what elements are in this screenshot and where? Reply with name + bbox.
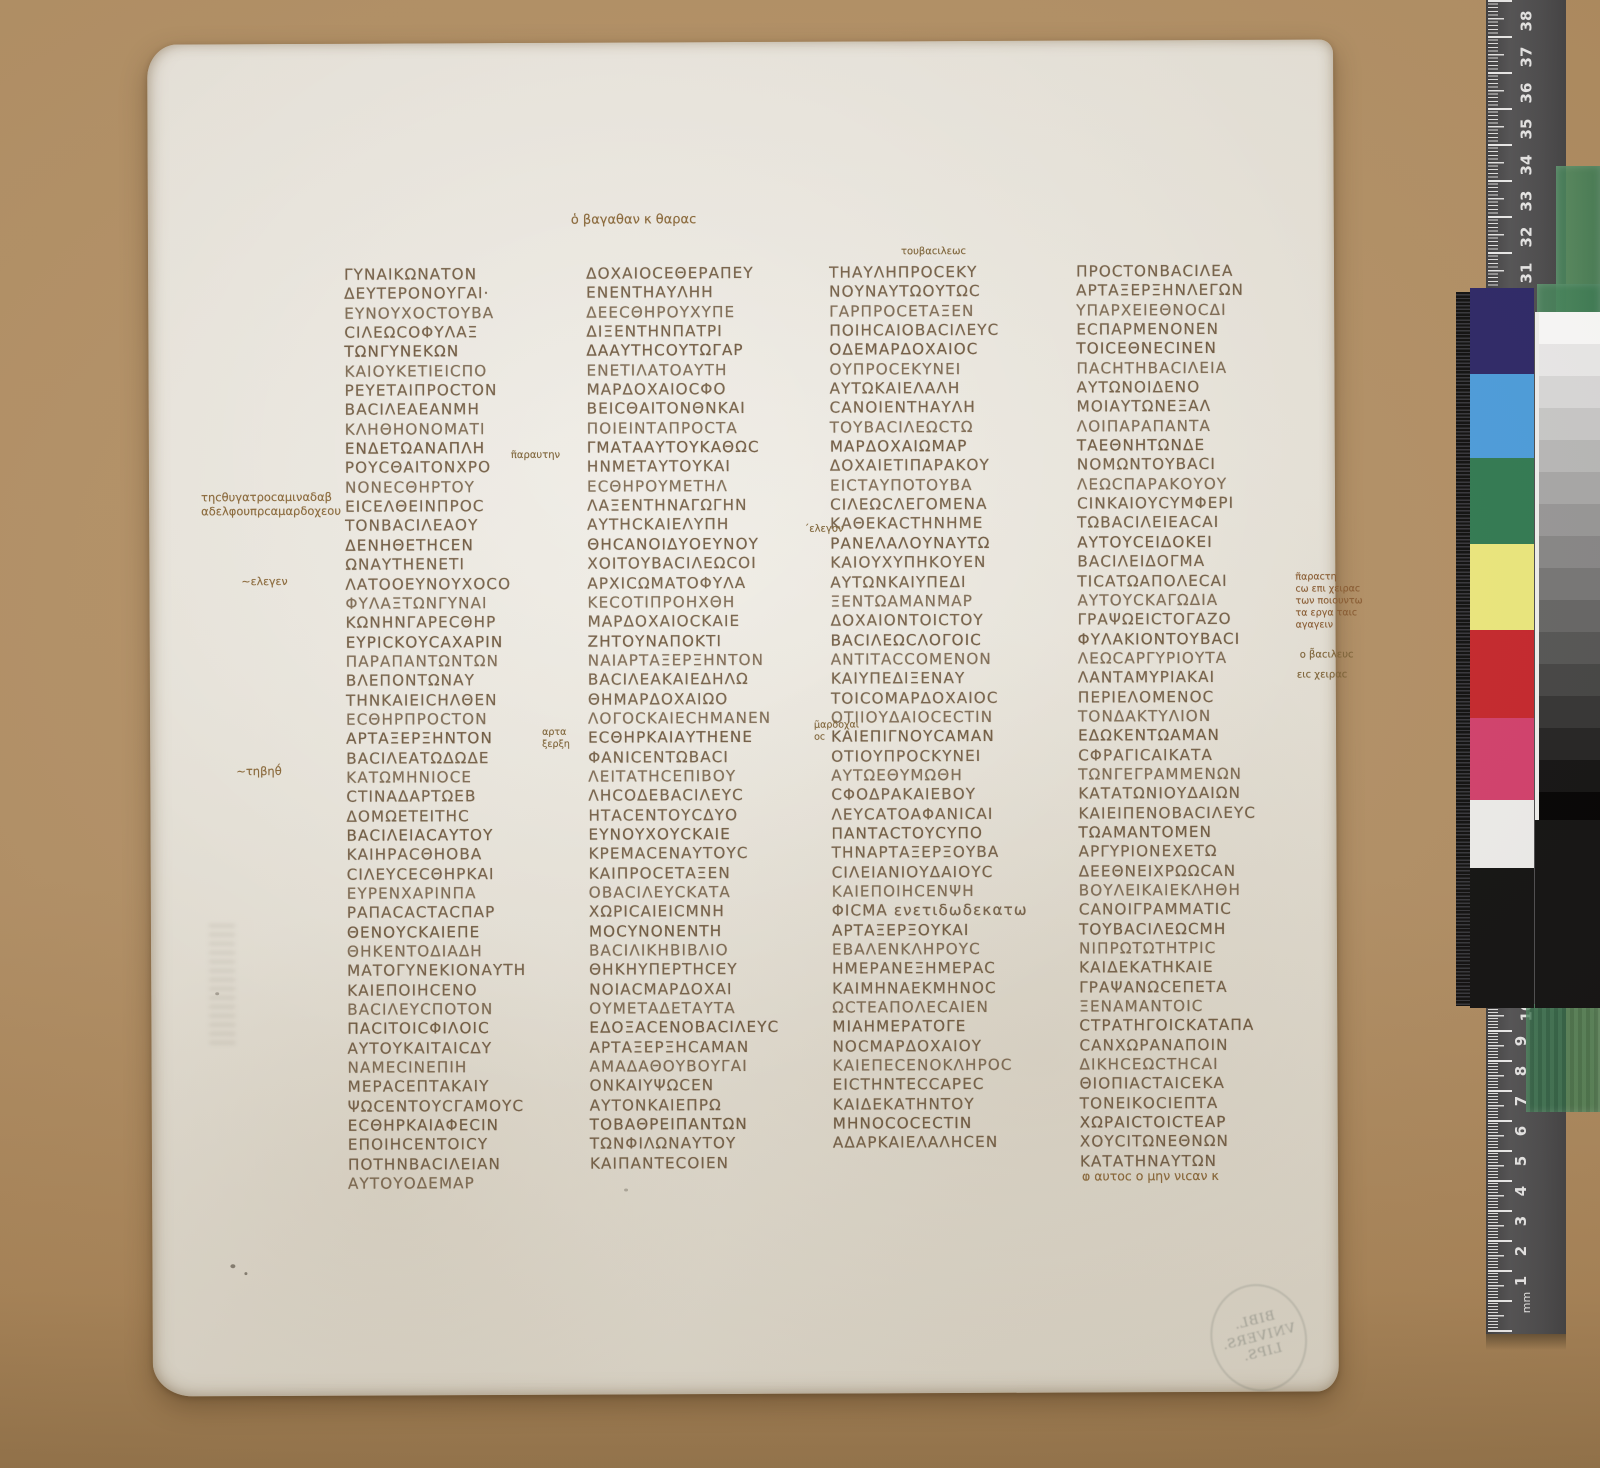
color-patch-light-blue <box>1470 374 1534 458</box>
manuscript-line: ΠΑΝΤΑϹΤΟΥϹΥΠΟ <box>831 824 1063 844</box>
manuscript-line: ΟΥΜΕΤΑΔΕΤΑΥΤΑ <box>589 999 821 1019</box>
manuscript-line: ϹΑΝΧΩΡΑΝΑΠΟΙΝ <box>1079 1035 1311 1055</box>
manuscript-line: ΧΟΥϹΙΤΩΝΕΘΝΩΝ <box>1080 1132 1312 1152</box>
manuscript-line: ΠΟΙΗϹΑΙΟΒΑϹΙΛΕΥϹ <box>829 321 1061 341</box>
color-patch-red <box>1470 630 1534 718</box>
manuscript-line: ΛΑΝΤΑΜΥΡΙΑΚΑΙ <box>1078 668 1310 688</box>
manuscript-line: ΓΡΑΨΩΕΙϹΤΟΓΑΖΟ <box>1078 610 1310 630</box>
ink-speck <box>244 1272 247 1275</box>
manuscript-line: ΛΕΩϹΠΑΡΑΚΟΥΟΥ <box>1077 474 1309 494</box>
intercolumn-note-elegon: ´ελεγον <box>804 524 843 537</box>
manuscript-line: ΛΕΥϹΑΤΟΑΦΑΝΙϹΑΙ <box>831 804 1063 824</box>
faint-ink-offset <box>209 924 236 1044</box>
manuscript-line: ΑΥΤΩΝΚΑΙΥΠΕΔΙ <box>830 572 1062 592</box>
manuscript-line: ΜΗΝΟϹΟϹΕϹΤΙΝ <box>833 1114 1065 1134</box>
manuscript-line: ΟΝΚΑΙΥΨΩϹΕΝ <box>590 1076 822 1096</box>
manuscript-line: ΓΥΝΑΙΚΩΝΑΤΟΝ <box>344 265 576 285</box>
ruler-number: 3 <box>1512 1216 1530 1226</box>
manuscript-line: ΤΗΝΚΑΙΕΙϹΗΛΘΕΝ <box>346 690 578 710</box>
manuscript-line: ΚΛΗΘΗΟΝΟΜΑΤΙ <box>345 419 577 439</box>
manuscript-line: ΑΥΤΗϹΚΑΙΕΛΥΠΗ <box>587 515 819 535</box>
ruler-number: 36 <box>1517 83 1535 104</box>
manuscript-line: ΚΑΙΠΡΟϹΕΤΑΞΕΝ <box>589 863 821 883</box>
manuscript-line: ΛΑΞΕΝΤΗΝΑΓΩΓΗΝ <box>587 496 819 516</box>
color-card-black-tail <box>1470 868 1534 1008</box>
manuscript-line: ΚΑΙΕΠΙΓΝΟΥϹΑΜΑΝ <box>831 727 1063 747</box>
manuscript-line: ΒΑϹΙΛΕΙΑϹΑΥΤΟΥ <box>346 826 578 846</box>
intercolumn-note-artaxerxe: αρταξερξη <box>542 727 570 751</box>
manuscript-line: ΖΗΤΟΥΝΑΠΟΚΤΙ <box>588 631 820 651</box>
intercolumn-note-mardochaios: μ̃αρδοχαιοϲ <box>814 719 859 743</box>
manuscript-line: ΦΥΛΑΚΙΟΝΤΟΥΒΑϹΙ <box>1078 629 1310 649</box>
green-tape-bottom <box>1526 1004 1600 1112</box>
manuscript-line: ΕΥΝΟΥΧΟϹΤΟΥΒΑ <box>344 303 576 323</box>
subscript-note-nisan-line: ⱷ αυτοϲ ο μην νιϲαν κ <box>1082 1168 1219 1184</box>
right-note-o-basileus: ο β̃αϲιλευϲ <box>1300 649 1354 662</box>
ink-speck <box>230 1264 235 1268</box>
ruler-number: 37 <box>1517 47 1535 68</box>
manuscript-line: ΚΑΤΩΜΗΝΙΟϹΕ <box>346 768 578 788</box>
manuscript-line: ΤΟΥΒΑϹΙΛΕΩϹΤΩ <box>830 417 1062 437</box>
manuscript-line: ΤΟΝΒΑϹΙΛΕΑΟΥ <box>345 516 577 536</box>
ruler-number: 4 <box>1512 1186 1530 1196</box>
text-column-2: ΔΟΧΑΙΟϹΕΘΕΡΑΠΕΥΕΝΕΝΤΗΑΥΛΗΗΔΕΕϹΘΗΡΟΥΧΥΠΕΔ… <box>586 264 822 1174</box>
manuscript-line: ΚΑΤΑΤΩΝΙΟΥΔΑΙΩΝ <box>1078 784 1310 804</box>
manuscript-line: ΕΔΟΞΑϹΕΝΟΒΑϹΙΛΕΥϹ <box>589 1018 821 1038</box>
color-patch-magenta <box>1470 718 1534 800</box>
grayscale-step-15 <box>1539 760 1600 792</box>
ruler-number: 31 <box>1517 263 1535 284</box>
manuscript-line: ΑΡΤΑΞΕΡΞΟΥΚΑΙ <box>832 920 1064 940</box>
manuscript-line: ΚΡΕΜΑϹΕΝΑΥΤΟΥϹ <box>589 844 821 864</box>
manuscript-line: ΕΒΑΛΕΝΚΛΗΡΟΥϹ <box>832 940 1064 960</box>
manuscript-line: ΑΥΤΟΥΚΑΙΤΑΙϹΔΥ <box>347 1038 579 1058</box>
manuscript-line: ΔΕΕϹΘΗΡΟΥΧΥΠΕ <box>586 302 818 322</box>
manuscript-line: ΤΙϹΑΤΩΑΠΟΛΕϹΑΙ <box>1077 571 1309 591</box>
manuscript-line: ΔΙΚΗϹΕΩϹΤΗϹΑΙ <box>1079 1055 1311 1075</box>
manuscript-line: ΔΙΞΕΝΤΗΝΠΑΤΡΙ <box>586 322 818 342</box>
manuscript-line: ΒΑϹΙΛΕΑΚΑΙΕΔΗΛΩ <box>588 670 820 690</box>
manuscript-line: ΓΜΑΤΑΑΥΤΟΥΚΑΘΩϹ <box>587 438 819 458</box>
manuscript-line: ΒΑϹΙΛΕΑΕΑΝΜΗ <box>345 400 577 420</box>
manuscript-line: ΠΑϹΗΤΗΒΑϹΙΛΕΙΑ <box>1076 358 1308 378</box>
manuscript-line: ΟΤΙΟΥΠΡΟϹΚΥΝΕΙ <box>831 746 1063 766</box>
manuscript-line: ΑΔΑΡΚΑΙΕΛΑΛΗϹΕΝ <box>833 1133 1065 1153</box>
manuscript-line: ΩϹΤΕΑΠΟΛΕϹΑΙΕΝ <box>832 998 1064 1018</box>
manuscript-line: ΝΑΙΑΡΤΑΞΕΡΞΗΝΤΟΝ <box>588 651 820 671</box>
manuscript-line: ϹΙΛΕΥϹΕϹΘΗΡΚΑΙ <box>347 864 579 884</box>
marginalia-layer: ὁ βαγαθαν κ θαραϲτουβαϲιλεωϲτηϲθυγατροϲα… <box>147 39 1333 44</box>
manuscript-line: ΘΕΝΟΥϹΚΑΙΕΠΕ <box>347 922 579 942</box>
manuscript-line: ΤΟΙϹΕΘΝΕϹΙΝΕΝ <box>1076 339 1308 359</box>
manuscript-line: ΜΑΡΔΟΧΑΙΟϹΦΟ <box>587 380 819 400</box>
grayscale-step-14 <box>1539 728 1600 760</box>
manuscript-page: ΓΥΝΑΙΚΩΝΑΤΟΝΔΕΥΤΕΡΟΝΟΥΓΑΙ·ΕΥΝΟΥΧΟϹΤΟΥΒΑϹ… <box>147 39 1339 1396</box>
manuscript-line: ΞΕΝΑΜΑΝΤΟΙϹ <box>1079 997 1311 1017</box>
manuscript-line: ΝΟΜΩΝΤΟΥΒΑϹΙ <box>1077 455 1309 475</box>
grayscale-step-6 <box>1539 472 1600 504</box>
manuscript-line: ΤΩΑΜΑΝΤΟΜΕΝ <box>1078 822 1310 842</box>
manuscript-line: ΔΕΝΗΘΕΤΗϹΕΝ <box>345 536 577 556</box>
manuscript-line: ΩΝΑΥΤΗΕΝΕΤΙ <box>345 555 577 575</box>
manuscript-line: ΕΥΡΙϹΚΟΥϹΑΧΑΡΙΝ <box>346 632 578 652</box>
manuscript-line: ΑΥΤΟΥΟΔΕΜΑΡ <box>348 1174 580 1194</box>
manuscript-line: ΔΟΜΩΕΤΕΙΤΗϹ <box>346 806 578 826</box>
manuscript-line: ΘΗϹΑΝΟΙΔΥΟΕΥΝΟΥ <box>587 534 819 554</box>
manuscript-line: ΕΙϹΕΛΘΕΙΝΠΡΟϹ <box>345 497 577 517</box>
manuscript-line: ΡΑΠΑϹΑϹΤΑϹΠΑΡ <box>347 903 579 923</box>
color-patch-white <box>1470 800 1534 868</box>
manuscript-line: ΤΗΝΑΡΤΑΞΕΡΞΟΥΒΑ <box>832 843 1064 863</box>
manuscript-line: ΑΡΧΙϹΩΜΑΤΟΦΥΛΑ <box>587 573 819 593</box>
manuscript-line: ϹΙΛΕΩϹΛΕΓΟΜΕΝΑ <box>830 495 1062 515</box>
manuscript-line: ΑΥΤΟΝΚΑΙΕΠΡΩ <box>590 1095 822 1115</box>
color-patch-dark-blue <box>1470 288 1534 374</box>
manuscript-line: ΝΟΥΝΑΥΤΩΟΥΤΩϹ <box>829 282 1061 302</box>
manuscript-line: ΒΟΥΛΕΙΚΑΙΕΚΛΗΘΗ <box>1079 881 1311 901</box>
manuscript-line: ΜΕΡΑϹΕΠΤΑΚΑΙΥ <box>348 1077 580 1097</box>
manuscript-line: ΚΑΙΗΡΑϹΘΗΟΒΑ <box>347 845 579 865</box>
manuscript-line: ΒΑϹΙΛΕΥϹΠΟΤΟΝ <box>347 1000 579 1020</box>
manuscript-line: ΠΕΡΙΕΛΟΜΕΝΟϹ <box>1078 687 1310 707</box>
manuscript-line: ΕΠΟΙΗϹΕΝΤΟΙϹΥ <box>348 1135 580 1155</box>
interlinear-note-tou-basileos-line: τουβαϲιλεωϲ <box>901 246 966 259</box>
ruler-number: 33 <box>1517 191 1535 212</box>
manuscript-line: ΚΑΘΕΚΑϹΤΗΝΗΜΕ <box>830 514 1062 534</box>
manuscript-line: ΔΟΧΑΙΟΝΤΟΙϹΤΟΥ <box>831 611 1063 631</box>
manuscript-line: ΚΑΙΕΠΟΙΗϹΕΝΟ <box>347 980 579 1000</box>
ruler-ticks-cm-bottom <box>1488 1000 1512 1332</box>
subscript-note-nisan: ⱷ αυτοϲ ο μην νιϲαν κ <box>1082 1168 1219 1184</box>
left-note-thygatros-line: αδελφουπρϲαμαρδοχεου <box>201 504 341 519</box>
right-note-o-basileus-line: ο β̃αϲιλευϲ <box>1300 649 1354 662</box>
manuscript-line: ΑΥΤΩΕΘΥΜΩΘΗ <box>831 766 1063 786</box>
manuscript-line: ΒΑϹΙΛΕΩϹΛΟΓΟΙϹ <box>831 630 1063 650</box>
manuscript-line: ΘΗΚΗΥΠΕΡΤΗϹΕΥ <box>589 960 821 980</box>
manuscript-line: ΓΑΡΠΡΟϹΕΤΑΞΕΝ <box>829 301 1061 321</box>
manuscript-line: ΤΟΒΑΘΡΕΙΠΑΝΤΩΝ <box>590 1115 822 1135</box>
manuscript-line: ΜΟϹΥΝΟΝΕΝΤΗ <box>589 921 821 941</box>
manuscript-line: ΒΑϹΙΛΕΑΤΩΔΩΔΕ <box>346 748 578 768</box>
manuscript-line: ϹΑΝΟΙΓΡΑΜΜΑΤΙϹ <box>1079 900 1311 920</box>
manuscript-line: ΕϹΘΗΡΚΑΙΑΥΤΗΕΝΕ <box>588 728 820 748</box>
manuscript-line: ΤΩΝΓΥΝΕΚΩΝ <box>344 342 576 362</box>
manuscript-line: ΧΩΡΑΙϹΤΟΙϹΤΕΑΡ <box>1080 1113 1312 1133</box>
manuscript-line: ΒΛΕΠΟΝΤΩΝΑΥ <box>346 671 578 691</box>
manuscript-line: ΨΩϹΕΝΤΟΥϹΓΑΜΟΥϹ <box>348 1096 580 1116</box>
manuscript-line: ΡΑΝΕΛΑΛΟΥΝΑΥΤΩ <box>830 533 1062 553</box>
ruler-number: 5 <box>1512 1156 1530 1166</box>
manuscript-line: ϹΙΝΚΑΙΟΥϹΥΜΦΕΡΙ <box>1077 494 1309 514</box>
manuscript-line: ΟΔΕΜΑΡΔΟΧΑΙΟϹ <box>829 340 1061 360</box>
intercolumn-note-par-auten-line: π̃αραυτην <box>511 450 560 463</box>
manuscript-line: ΔΟΧΑΙΟϹΕΘΕΡΑΠΕΥ <box>586 264 818 284</box>
manuscript-line: ΦΙϹΜΑ ενετιδωδεκατω <box>832 901 1064 921</box>
manuscript-line: ΚΑΙΔΕΚΑΤΗΝΤΟΥ <box>833 1094 1065 1114</box>
right-note-eis-cheiras-line: ειϲ χειραϲ <box>1297 669 1348 682</box>
grayscale-step-5 <box>1539 440 1600 472</box>
manuscript-line: ΠΟΙΕΙΝΤΑΠΡΟϹΤΑ <box>587 418 819 438</box>
manuscript-line: ϹΦΟΔΡΑΚΑΙΕΒΟΥ <box>831 785 1063 805</box>
manuscript-line: ϹΤΡΑΤΗΓΟΙϹΚΑΤΑΠΑ <box>1079 1016 1311 1036</box>
right-note-parasteso-line: ϲω επι χειραϲ <box>1295 583 1362 595</box>
manuscript-line: ΠΟΤΗΝΒΑϹΙΛΕΙΑΝ <box>348 1155 580 1175</box>
manuscript-line: ΑΡΤΑΞΕΡΞΗϹΑΜΑΝ <box>589 1037 821 1057</box>
intercolumn-note-elegon-line: ´ελεγον <box>804 524 843 537</box>
grayscale-step-3 <box>1539 376 1600 408</box>
manuscript-line: ΛΗϹΟΔΕΒΑϹΙΛΕΥϹ <box>588 786 820 806</box>
manuscript-line: ΟΥΠΡΟϹΕΚΥΝΕΙ <box>829 359 1061 379</box>
manuscript-line: ΚΑΙΟΥΧΥΠΗΚΟΥΕΝ <box>830 553 1062 573</box>
left-note-elegen: ~ελεγεν <box>241 575 287 589</box>
manuscript-line: ΧΩΡΙϹΑΙΕΙϹΜΝΗ <box>589 902 821 922</box>
manuscript-line: ΔΑΑΥΤΗϹΟΥΤΩΓΑΡ <box>586 341 818 361</box>
ruler-ticks-cm-top <box>1488 0 1512 292</box>
text-columns: ΓΥΝΑΙΚΩΝΑΤΟΝΔΕΥΤΕΡΟΝΟΥΓΑΙ·ΕΥΝΟΥΧΟϹΤΟΥΒΑϹ… <box>147 39 1333 44</box>
manuscript-line: ΕΙϹΤΗΝΤΕϹϹΑΡΕϹ <box>833 1075 1065 1095</box>
manuscript-line: ΛΕΙΤΑΤΗϹΕΠΙΒΟΥ <box>588 767 820 787</box>
photograph-canvas: ΓΥΝΑΙΚΩΝΑΤΟΝΔΕΥΤΕΡΟΝΟΥΓΑΙ·ΕΥΝΟΥΧΟϹΤΟΥΒΑϹ… <box>0 0 1600 1468</box>
intercolumn-note-artaxerxe-line: αρτα <box>542 727 570 739</box>
cardboard-edge <box>1566 0 1600 170</box>
manuscript-line: ΟΤΙΙΟΥΔΑΙΟϹΕϹΤΙΝ <box>831 708 1063 728</box>
manuscript-line: ΔΟΧΑΙΕΤΙΠΑΡΑΚΟΥ <box>830 456 1062 476</box>
manuscript-line: ΛΟΓΟϹΚΑΙΕϹΗΜΑΝΕΝ <box>588 709 820 729</box>
manuscript-line: ΜΟΙΑΥΤΩΝΕΞΑΛ <box>1077 397 1309 417</box>
manuscript-line: ΑΜΑΔΑΘΟΥΒΟΥΓΑΙ <box>589 1057 821 1077</box>
manuscript-line: ΕΙϹΤΑΥΠΟΤΟΥΒΑ <box>830 475 1062 495</box>
manuscript-line: ΦΑΝΙϹΕΝΤΩΒΑϹΙ <box>588 747 820 767</box>
grayscale-step-wedge <box>1535 312 1600 824</box>
manuscript-line: ΛΑΤΟΟΕΥΝΟΥΧΟϹΟ <box>345 574 577 594</box>
manuscript-line: ΚΑΙΕΠΕϹΕΝΟΚΛΗΡΟϹ <box>832 1056 1064 1076</box>
color-patch-yellow <box>1470 544 1534 630</box>
manuscript-line: ΕϹΘΗΡΚΑΙΑΦΕϹΙΝ <box>348 1116 580 1136</box>
manuscript-line: ΕΥΡΕΝΧΑΡΙΝΠΑ <box>347 884 579 904</box>
manuscript-line: ϹΙΛΕΩϹΟΦΥΛΑΞ <box>344 323 576 343</box>
text-column-4: ΠΡΟϹΤΟΝΒΑϹΙΛΕΑΑΡΤΑΞΕΡΞΗΝΛΕΓΩΝΥΠΑΡΧΕΙΕΘΝΟ… <box>1076 262 1312 1172</box>
right-note-parasteso-line: των ποιουντω <box>1295 595 1362 607</box>
left-note-tebeth-line: ~τηβηθ́ <box>236 764 282 779</box>
manuscript-line: ΤΩΝΓΕΓΡΑΜΜΕΝΩΝ <box>1078 764 1310 784</box>
manuscript-line: ΤΟΝΕΙΚΟϹΙΕΠΤΑ <box>1080 1093 1312 1113</box>
grayscale-step-12 <box>1539 664 1600 696</box>
manuscript-line: ΒΑϹΙΛΙΚΗΒΙΒΛΙΟ <box>589 941 821 961</box>
manuscript-line: ΗΝΜΕΤΑΥΤΟΥΚΑΙ <box>587 457 819 477</box>
grayscale-step-11 <box>1539 632 1600 664</box>
grayscale-step-7 <box>1539 504 1600 536</box>
grayscale-step-1 <box>1539 312 1600 344</box>
manuscript-line: ΤΗΑΥΛΗΠΡΟϹΕΚΥ <box>829 263 1061 283</box>
manuscript-line: ΚΕϹΟΤΙΠΡΟΗΧΘΗ <box>587 593 819 613</box>
manuscript-line: ΘΙΟΠΙΑϹΤΑΙϹΕΚΑ <box>1080 1074 1312 1094</box>
grayscale-step-13 <box>1539 696 1600 728</box>
left-note-elegen-line: ~ελεγεν <box>241 575 287 589</box>
manuscript-line: ΝΑΜΕϹΙΝΕΠΙΗ <box>347 1058 579 1078</box>
manuscript-line: ΤΩΒΑϹΙΛΕΙΕΑϹΑΙ <box>1077 513 1309 533</box>
ruler-number: 38 <box>1517 11 1535 32</box>
right-note-parasteso: π̃αραϲτηϲω επι χειραϲτων ποιουντωτα εργα… <box>1295 571 1362 631</box>
manuscript-line: ΚΑΙΟΥΚΕΤΙΕΙϹΠΟ <box>344 361 576 381</box>
manuscript-line: ΧΟΙΤΟΥΒΑϹΙΛΕΩϹΟΙ <box>587 554 819 574</box>
intercolumn-note-artaxerxe-line: ξερξη <box>542 739 570 751</box>
manuscript-line: ΑΡΓΥΡΙΟΝΕΧΕΤΩ <box>1079 842 1311 862</box>
ruler-end-shadow <box>1486 1334 1566 1350</box>
manuscript-line: ΠΡΟϹΤΟΝΒΑϹΙΛΕΑ <box>1076 262 1308 282</box>
manuscript-line: ΚΑΙΠΑΝΤΕϹΟΙΕΝ <box>590 1153 822 1173</box>
manuscript-line: ΤΑΕΘΝΗΤΩΝΔΕ <box>1077 436 1309 456</box>
grayscale-step-4 <box>1539 408 1600 440</box>
manuscript-line: ΥΠΑΡΧΕΙΕΘΝΟϹΔΙ <box>1076 300 1308 320</box>
running-header-note-line: ὁ βαγαθαν κ θαραϲ <box>571 212 696 229</box>
grayscale-step-2 <box>1539 344 1600 376</box>
text-column-3: ΤΗΑΥΛΗΠΡΟϹΕΚΥΝΟΥΝΑΥΤΩΟΥΤΩϹΓΑΡΠΡΟϹΕΤΑΞΕΝΠ… <box>829 263 1065 1154</box>
manuscript-line: ΔΕΕΘΝΕΙΧΡΩΩϹΑΝ <box>1079 861 1311 881</box>
manuscript-line: ΠΑϹΙΤΟΙϹΦΙΛΟΙϹ <box>347 1019 579 1039</box>
ruler-number: 32 <box>1517 227 1535 248</box>
right-note-parasteso-line: π̃αραϲτη <box>1295 571 1362 583</box>
manuscript-line: ΜΙΑΗΜΕΡΑΤΟΓΕ <box>832 1017 1064 1037</box>
manuscript-line: ΕϹΘΗΡΟΥΜΕΤΗΛ <box>587 476 819 496</box>
manuscript-line: ΛΕΩϹΑΡΓΥΡΙΟΥΤΑ <box>1078 648 1310 668</box>
manuscript-line: ΜΑΡΔΟΧΑΙΩΜΑΡ <box>830 437 1062 457</box>
manuscript-line: ϹΦΡΑΓΙϹΑΙΚΑΤΑ <box>1078 745 1310 765</box>
manuscript-line: ΦΥΛΑΞΤΩΝΓΥΝΑΙ <box>345 594 577 614</box>
manuscript-line: ΛΟΙΠΑΡΑΠΑΝΤΑ <box>1077 416 1309 436</box>
manuscript-line: ΝΟϹΜΑΡΔΟΧΑΙΟΥ <box>832 1036 1064 1056</box>
ink-speck <box>624 1189 628 1192</box>
manuscript-line: ΕΔΩΚΕΝΤΩΑΜΑΝ <box>1078 726 1310 746</box>
manuscript-line: ΒΑϹΙΛΕΙΔΟΓΜΑ <box>1077 552 1309 572</box>
manuscript-line: ϹΑΝΟΙΕΝΤΗΑΥΛΗ <box>830 398 1062 418</box>
grayscale-step-10 <box>1539 600 1600 632</box>
intercolumn-note-par-auten: π̃αραυτην <box>511 450 560 463</box>
left-note-tebeth: ~τηβηθ́ <box>236 764 282 779</box>
running-header-note: ὁ βαγαθαν κ θαραϲ <box>571 212 696 229</box>
manuscript-line: ΔΕΥΤΕΡΟΝΟΥΓΑΙ· <box>344 284 576 304</box>
manuscript-line: ΕΥΝΟΥΧΟΥϹΚΑΙΕ <box>588 825 820 845</box>
grayscale-step-8 <box>1539 536 1600 568</box>
right-note-parasteso-line: τα εργα ταιϲ <box>1296 607 1363 619</box>
manuscript-line: ΝΟΝΕϹΘΗΡΤΟΥ <box>345 478 577 498</box>
interlinear-note-tou-basileos: τουβαϲιλεωϲ <box>901 246 966 259</box>
manuscript-line: ΝΙΠΡΩΤΩΤΗΤΡΙϹ <box>1079 939 1311 959</box>
manuscript-line: ΜΑΤΟΓΥΝΕΚΙΟΝΑΥΤΗ <box>347 961 579 981</box>
manuscript-line: ΚΑΙΕΠΟΙΗϹΕΝΨΗ <box>832 882 1064 902</box>
ruler-number: 35 <box>1517 119 1535 140</box>
manuscript-line: ΠΑΡΑΠΑΝΤΩΝΤΩΝ <box>346 652 578 672</box>
manuscript-line: ΚΩΝΗΝΓΑΡΕϹΘΗΡ <box>346 613 578 633</box>
left-note-thygatros-line: τηϲθυγατροϲαμιναδαβ <box>201 490 341 505</box>
manuscript-line: ΚΑΙΕΙΠΕΝΟΒΑϹΙΛΕΥϹ <box>1078 803 1310 823</box>
manuscript-line: ΜΑΡΔΟΧΑΙΟϹΚΑΙΕ <box>588 612 820 632</box>
manuscript-line: ΕΝΕΝΤΗΑΥΛΗΗ <box>586 283 818 303</box>
ink-speck <box>215 992 219 995</box>
manuscript-line: ΗΜΕΡΑΝΕΞΗΜΕΡΑϹ <box>832 959 1064 979</box>
grayscale-black-tail <box>1535 820 1600 1008</box>
manuscript-line: ΑΥΤΟΥϹΚΑΓΩΔΙΑ <box>1077 590 1309 610</box>
right-note-eis-cheiras: ειϲ χειραϲ <box>1297 669 1348 682</box>
manuscript-line: ΚΑΙΥΠΕΔΙΞΕΝΑΥ <box>831 669 1063 689</box>
manuscript-line: ΓΡΑΨΑΝΩϹΕΠΕΤΑ <box>1079 977 1311 997</box>
manuscript-line: ΤΟΙϹΟΜΑΡΔΟΧΑΙΟϹ <box>831 688 1063 708</box>
manuscript-line: ΘΗΜΑΡΔΟΧΑΙΩΟ <box>588 689 820 709</box>
color-calibration-card <box>1470 288 1534 868</box>
intercolumn-note-mardochaios-line: μ̃αρδοχαι <box>814 719 859 731</box>
manuscript-line: ΟΒΑϹΙΛΕΥϹΚΑΤΑ <box>589 883 821 903</box>
ruler-number: 6 <box>1512 1126 1530 1136</box>
manuscript-line: ΘΗΚΕΝΤΟΔΙΑΔΗ <box>347 942 579 962</box>
grayscale-step-9 <box>1539 568 1600 600</box>
manuscript-line: ΡΕΥΕΤΑΙΠΡΟϹΤΟΝ <box>345 381 577 401</box>
ruler-number: 34 <box>1517 155 1535 176</box>
intercolumn-note-mardochaios-line: οϲ <box>814 731 859 743</box>
left-note-thygatros: τηϲθυγατροϲαμιναδαβαδελφουπρϲαμαρδοχεου <box>201 490 341 519</box>
color-patch-green <box>1470 458 1534 544</box>
manuscript-line: ΑΥΤΩΝΟΙΔΕΝΟ <box>1077 378 1309 398</box>
library-stamp: BIBL.VNIVERS.LIPS. <box>1199 1274 1319 1402</box>
manuscript-line: ΑΥΤΩΚΑΙΕΛΑΛΗ <box>830 379 1062 399</box>
manuscript-line: ΑΝΤΙΤΑϹϹΟΜΕΝΟΝ <box>831 649 1063 669</box>
manuscript-line: ΑΡΤΑΞΕΡΞΗΝΛΕΓΩΝ <box>1076 281 1308 301</box>
manuscript-line: ΕϹΠΑΡΜΕΝΟΝΕΝ <box>1076 320 1308 340</box>
manuscript-line: ΚΑΙΔΕΚΑΤΗΚΑΙΕ <box>1079 958 1311 978</box>
ruler-number: mm <box>1520 1292 1533 1313</box>
manuscript-line: ΗΤΑϹΕΝΤΟΥϹΔΥΟ <box>588 805 820 825</box>
manuscript-line: ΤΟΥΒΑϹΙΛΕΩϹΜΗ <box>1079 919 1311 939</box>
manuscript-line: ΒΕΙϹΘΑΙΤΟΝΘΝΚΑΙ <box>587 399 819 419</box>
ruler-number: 1 <box>1512 1276 1530 1286</box>
manuscript-line: ΤΩΝΦΙΛΩΝΑΥΤΟΥ <box>590 1134 822 1154</box>
manuscript-line: ΕΝΕΤΙΛΑΤΟΑΥΤΗ <box>586 360 818 380</box>
manuscript-line: ΑΥΤΟΥϹΕΙΔΟΚΕΙ <box>1077 532 1309 552</box>
manuscript-line: ΞΕΝΤΩΑΜΑΝΜΑΡ <box>830 591 1062 611</box>
right-note-parasteso-line: αγαγειν <box>1296 619 1363 631</box>
manuscript-line: ϹΤΙΝΑΔΑΡΤΩΕΒ <box>346 787 578 807</box>
manuscript-line: ΝΟΙΑϹΜΑΡΔΟΧΑΙ <box>589 979 821 999</box>
manuscript-line: ϹΙΛΕΙΑΝΙΟΥΔΑΙΟΥϹ <box>832 862 1064 882</box>
manuscript-line: ΤΟΝΔΑΚΤΥΛΙΟΝ <box>1078 706 1310 726</box>
manuscript-line: ΚΑΙΜΗΝΑΕΚΜΗΝΟϹ <box>832 978 1064 998</box>
ruler-number: 2 <box>1512 1246 1530 1256</box>
